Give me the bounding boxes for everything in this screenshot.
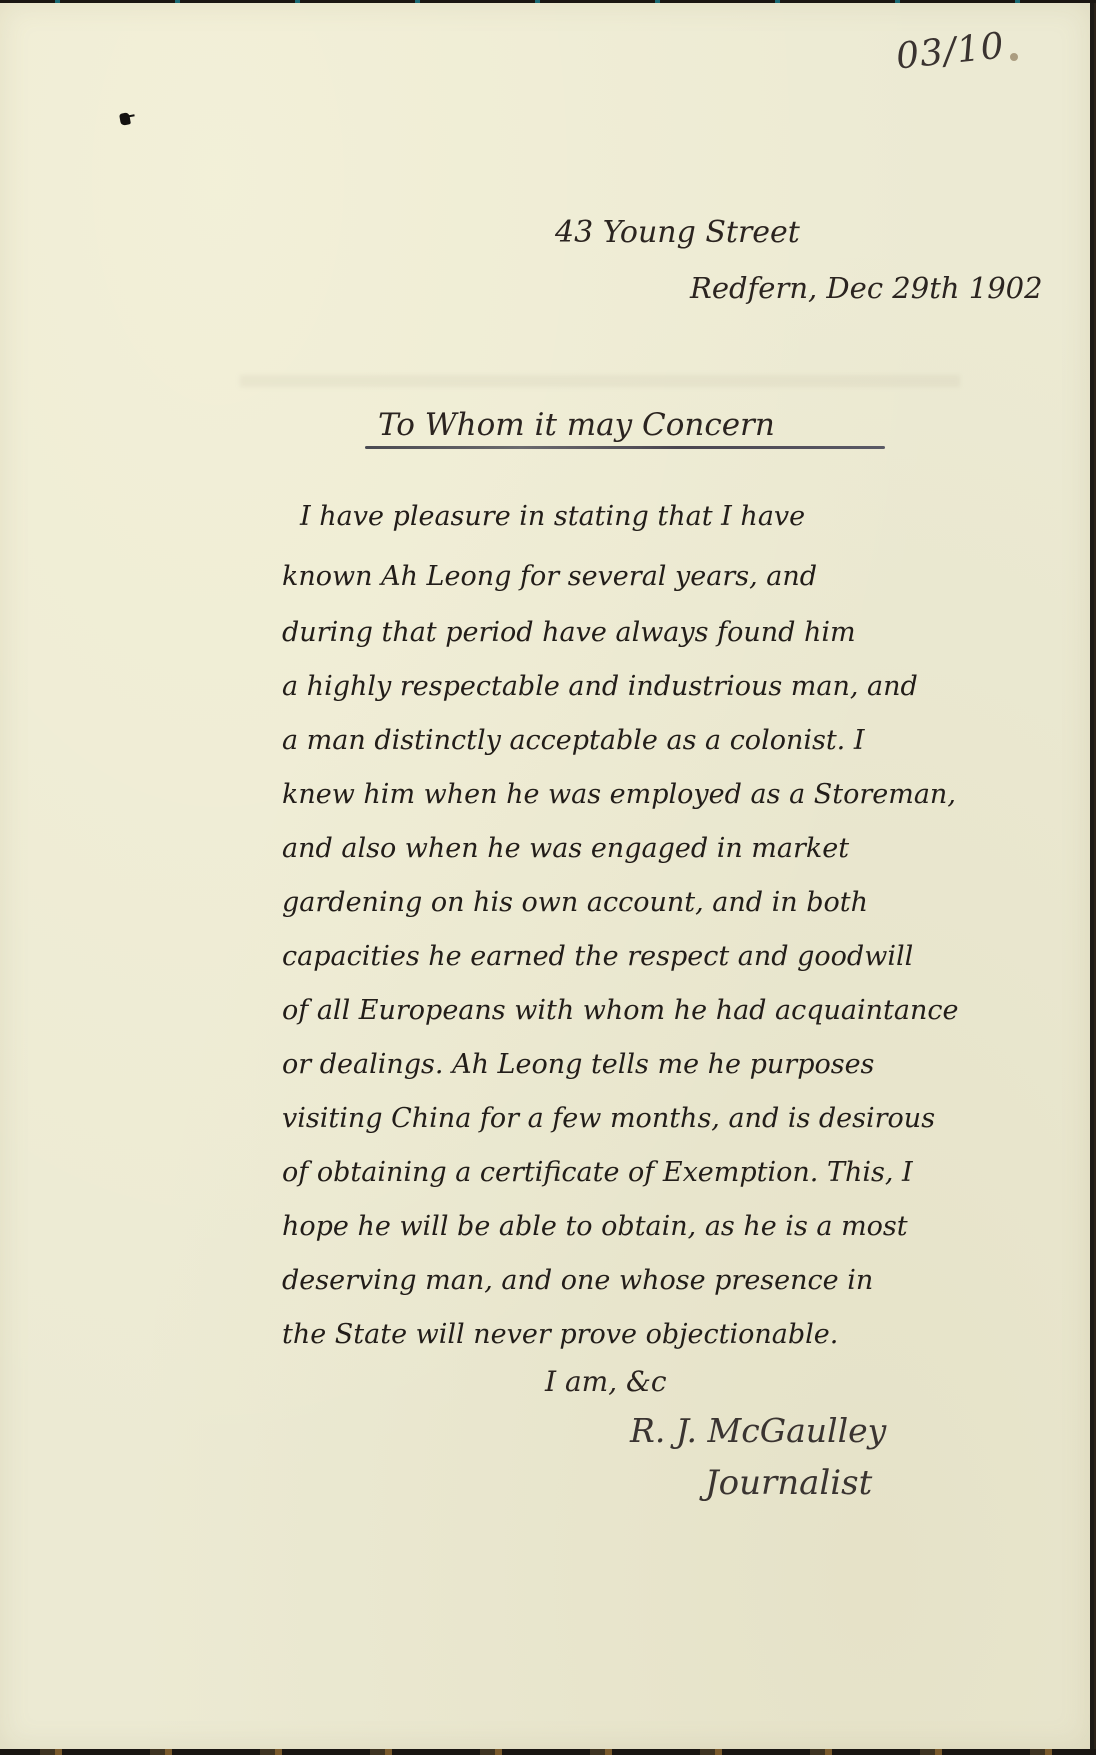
body-line-3: during that period have always found him	[282, 617, 856, 648]
body-line-15: deserving man, and one whose presence in	[282, 1265, 873, 1296]
body-line-6: knew him when he was employed as a Store…	[282, 779, 956, 810]
body-line-8: gardening on his own account, and in bot…	[282, 887, 868, 918]
body-line-12: visiting China for a few months, and is …	[282, 1103, 935, 1134]
folio-number: 03/10	[894, 25, 1006, 77]
body-line-13: of obtaining a certificate of Exemption.…	[282, 1157, 913, 1188]
bleed-through-text	[240, 375, 960, 387]
salutation-underline	[365, 446, 885, 449]
salutation: To Whom it may Concern	[378, 407, 775, 443]
body-line-10: of all Europeans with whom he had acquai…	[282, 995, 959, 1026]
ink-blot	[119, 112, 131, 126]
address-place-date: Redfern, Dec 29th 1902	[690, 271, 1043, 305]
stain-mark	[1010, 53, 1018, 61]
body-line-2: known Ah Leong for several years, and	[282, 561, 817, 592]
letter-page: 03/10 43 Young Street Redfern, Dec 29th …	[0, 3, 1094, 1749]
address-street: 43 Young Street	[555, 215, 800, 250]
body-line-16: the State will never prove objectionable…	[282, 1319, 838, 1350]
body-line-7: and also when he was engaged in market	[282, 833, 849, 864]
closing: I am, &c	[545, 1365, 667, 1398]
body-line-9: capacities he earned the respect and goo…	[282, 941, 913, 972]
body-line-14: hope he will be able to obtain, as he is…	[282, 1211, 908, 1242]
body-line-4: a highly respectable and industrious man…	[282, 671, 918, 702]
signatory-title: Journalist	[705, 1463, 872, 1503]
signature: R. J. McGaulley	[630, 1411, 886, 1450]
body-line-5: a man distinctly acceptable as a colonis…	[282, 725, 865, 756]
body-line-11: or dealings. Ah Leong tells me he purpos…	[282, 1049, 874, 1080]
scan-bottom-edge	[0, 1749, 1096, 1755]
body-line-1: I have pleasure in stating that I have	[300, 501, 805, 532]
